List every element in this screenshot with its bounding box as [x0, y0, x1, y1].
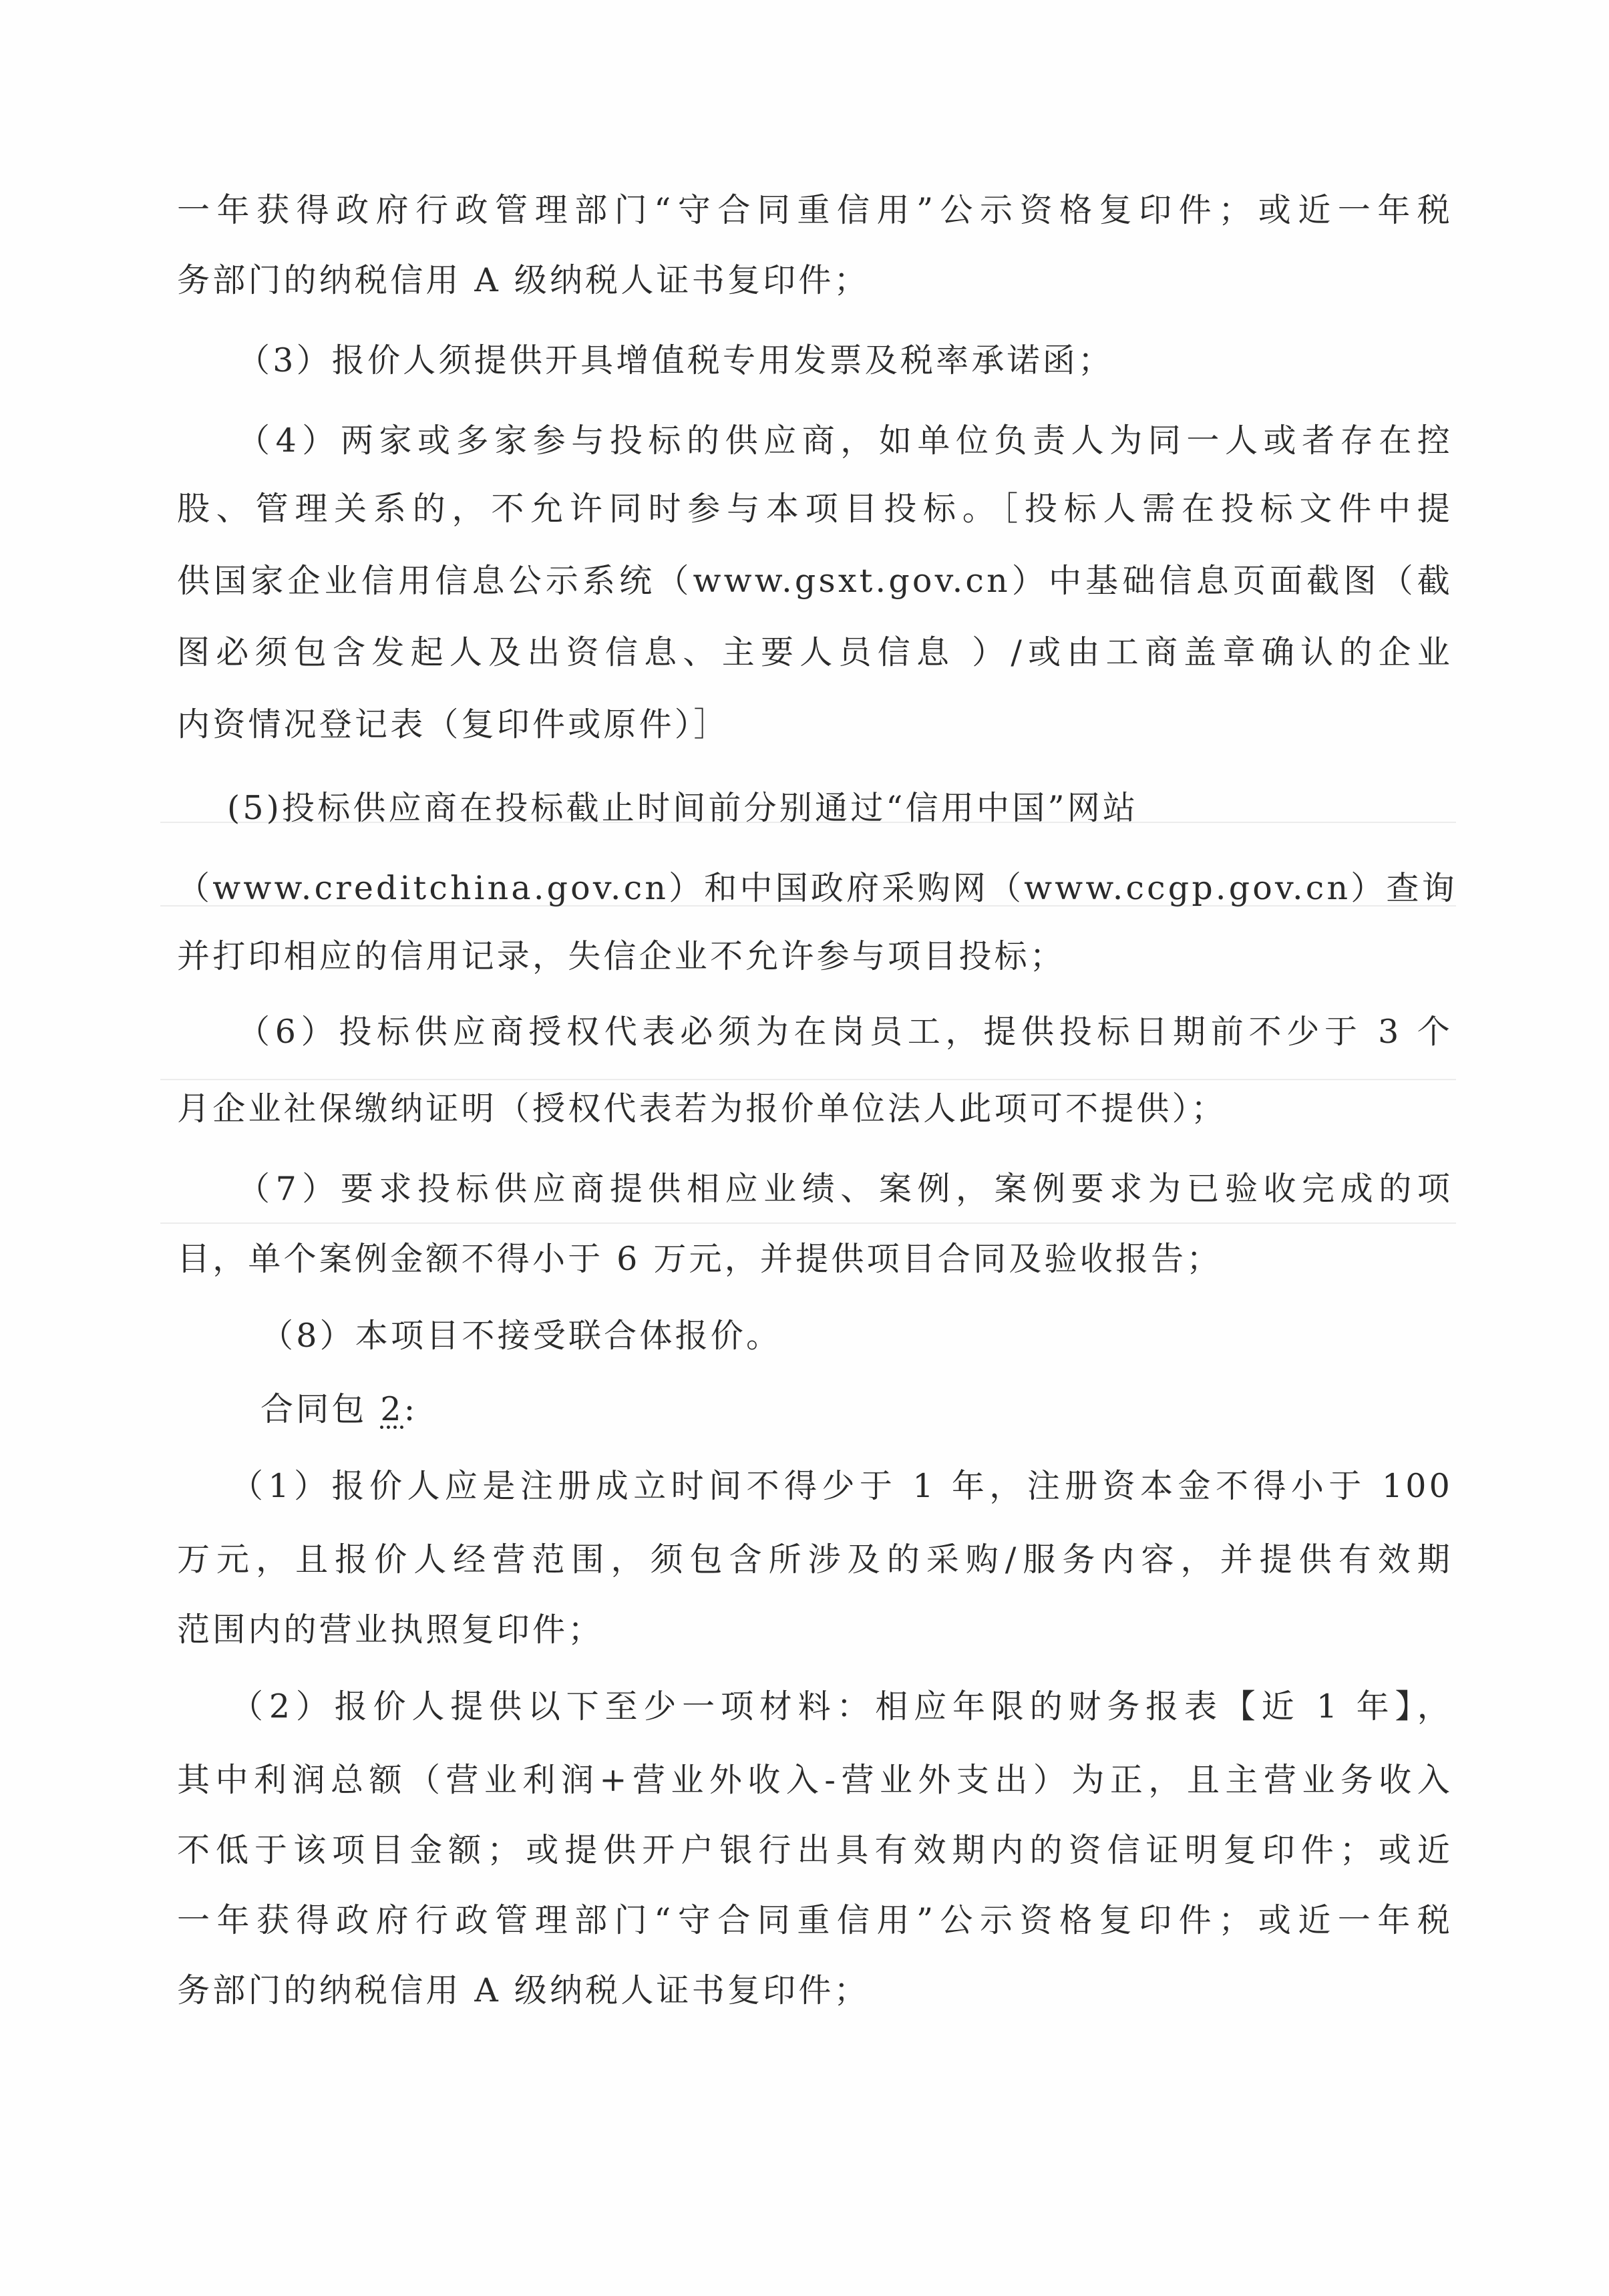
package-label: 合同包	[260, 1390, 380, 1428]
contract-package-2-heading: 合同包 2:	[260, 1383, 1453, 1436]
package-number: 2	[380, 1390, 403, 1428]
paragraph-line: 万元，且报价人经营范围，须包含所涉及的采购/服务内容，并提供有效期	[177, 1533, 1453, 1587]
requirement-item-5: (5)投标供应商在投标截止时间前分别通过“信用中国”网站	[227, 782, 1453, 835]
paragraph-line: 一年获得政府行政管理部门“守合同重信用”公示资格复印件；或近一年税	[177, 1894, 1453, 1947]
requirement-item-7: （7）要求投标供应商提供相应业绩、案例，案例要求为已验收完成的项	[237, 1162, 1453, 1216]
scan-bleed-line	[160, 1079, 1456, 1080]
paragraph-line: 并打印相应的信用记录，失信企业不允许参与项目投标；	[177, 930, 1453, 983]
paragraph-line: 一年获得政府行政管理部门“守合同重信用”公示资格复印件；或近一年税	[177, 184, 1453, 237]
requirement-item-2: （2）报价人提供以下至少一项材料：相应年限的财务报表【近 1 年】，	[230, 1680, 1453, 1734]
paragraph-line: 月企业社保缴纳证明（授权代表若为报价单位法人此项可不提供）；	[177, 1082, 1453, 1136]
paragraph-line: 不低于该项目金额；或提供开户银行出具有效期内的资信证明复印件；或近	[177, 1824, 1453, 1877]
scan-bleed-line	[160, 1222, 1456, 1224]
scanned-document-page: 一年获得政府行政管理部门“守合同重信用”公示资格复印件；或近一年税 务部门的纳税…	[0, 0, 1609, 2296]
paragraph-line: 范围内的营业执照复印件；	[177, 1603, 1453, 1657]
requirement-item-6: （6）投标供应商授权代表必须为在岗员工，提供投标日期前不少于 3 个	[237, 1005, 1453, 1059]
package-colon: :	[404, 1390, 418, 1428]
paragraph-line: 其中利润总额（营业利润+营业外收入-营业外支出）为正，且主营业务收入	[177, 1754, 1453, 1807]
paragraph-line: 目，单个案例金额不得小于 6 万元，并提供项目合同及验收报告；	[177, 1233, 1453, 1286]
paragraph-line: 务部门的纳税信用 A 级纳税人证书复印件；	[177, 254, 1453, 307]
requirement-item-3: （3）报价人须提供开具增值税专用发票及税率承诺函；	[237, 334, 1453, 387]
requirement-item-4: （4）两家或多家参与投标的供应商，如单位负责人为同一人或者存在控	[237, 414, 1453, 468]
paragraph-line: 内资情况登记表（复印件或原件）］	[177, 698, 1453, 752]
paragraph-line: 股、管理关系的，不允许同时参与本项目投标。［投标人需在投标文件中提	[177, 482, 1453, 536]
paragraph-line: 务部门的纳税信用 A 级纳税人证书复印件；	[177, 1964, 1453, 2017]
paragraph-line: 供国家企业信用信息公示系统（www.gsxt.gov.cn）中基础信息页面截图（…	[177, 554, 1453, 608]
requirement-item-1: （1）报价人应是注册成立时间不得少于 1 年，注册资本金不得小于 100	[230, 1460, 1453, 1513]
requirement-item-8: （8）本项目不接受联合体报价。	[260, 1309, 1453, 1363]
paragraph-line: （www.creditchina.gov.cn）和中国政府采购网（www.ccg…	[177, 862, 1453, 915]
paragraph-line: 图必须包含发起人及出资信息、主要人员信息 ）/或由工商盖章确认的企业	[177, 626, 1453, 679]
